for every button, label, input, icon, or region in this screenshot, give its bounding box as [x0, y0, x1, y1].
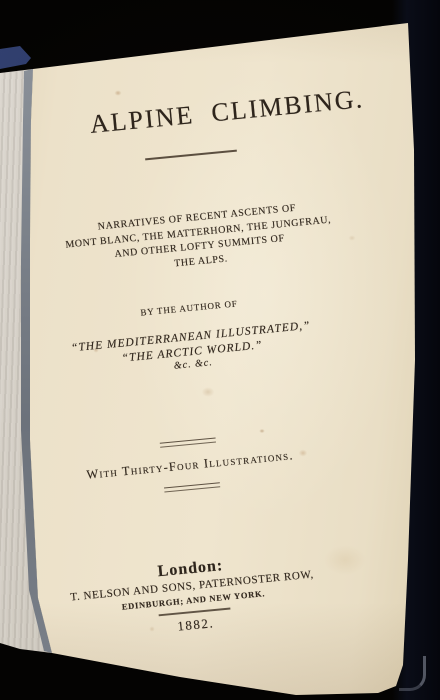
rule-line [145, 150, 237, 161]
imprint-block: London: T. NELSON AND SONS, PATERNOSTER … [0, 538, 415, 653]
subtitle-block: NARRATIVES OF RECENT ASCENTS OF MONT BLA… [0, 190, 421, 289]
double-rule-bottom [164, 482, 220, 492]
photo-background: ALPINE CLIMBING. NARRATIVES OF RECENT AS… [0, 0, 440, 700]
title-page-text: ALPINE CLIMBING. NARRATIVES OF RECENT AS… [0, 0, 440, 700]
illustrations-banner: With Thirty-Four Illustrations. [0, 419, 411, 510]
double-rule-top [160, 437, 216, 447]
